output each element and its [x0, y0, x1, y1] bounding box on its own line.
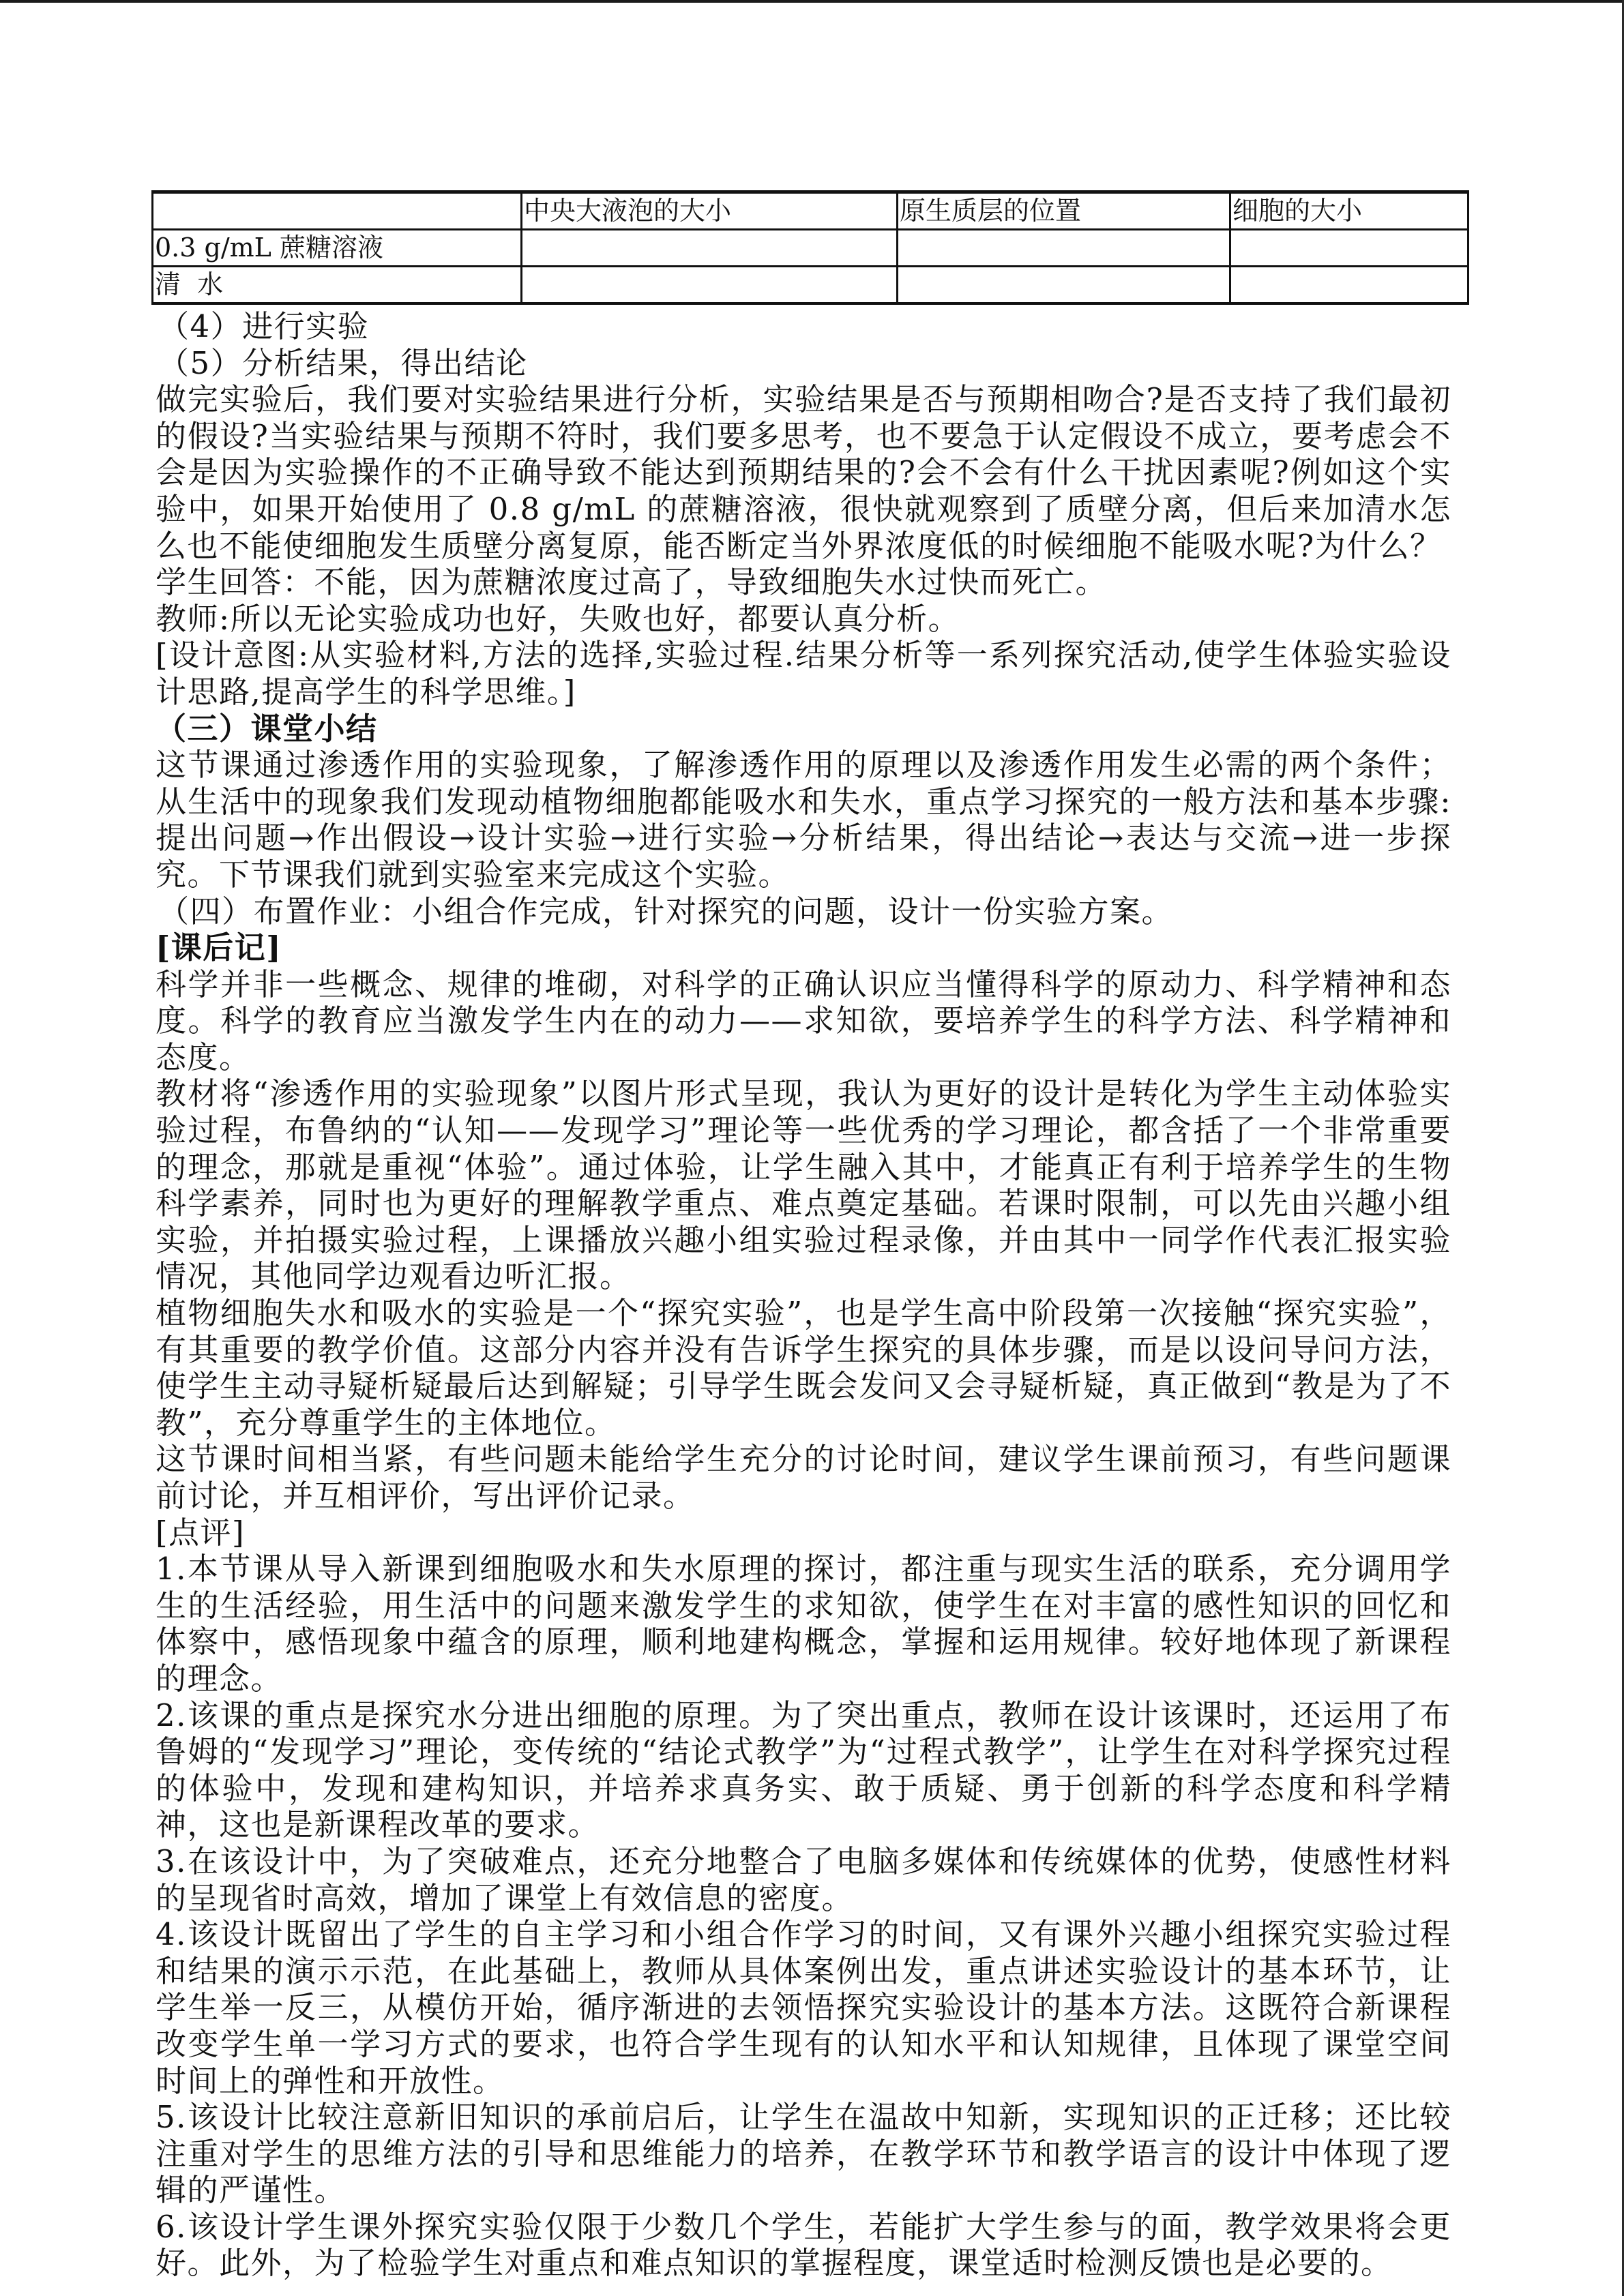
- summary-paragraph: 这节课通过渗透作用的实验现象，了解渗透作用的原理以及渗透作用发生必需的两个条件；…: [156, 747, 1451, 893]
- table-header-cell: 细胞的大小: [1230, 192, 1468, 230]
- table-cell: [898, 230, 1230, 267]
- student-answer: 学生回答：不能，因为蔗糖浓度过高了，导致细胞失水过快而死亡。: [156, 564, 1451, 601]
- document-body: （4）进行实验 （5）分析结果，得出结论 做完实验后，我们要对实验结果进行分析，…: [156, 308, 1451, 2282]
- review-item: 4.该设计既留出了学生的自主学习和小组合作学习的时间，又有课外兴趣小组探究实验过…: [156, 1916, 1451, 2099]
- reflection-paragraph: 科学并非一些概念、规律的堆砌，对科学的正确认识应当懂得科学的原动力、科学精神和态…: [156, 966, 1451, 1076]
- review-item: 3.在该设计中，为了突破难点，还充分地整合了电脑多媒体和传统媒体的优势，使感性材…: [156, 1843, 1451, 1916]
- section-heading-review: [点评]: [156, 1515, 1451, 1551]
- section-heading-summary: （三）课堂小结: [156, 711, 1451, 747]
- table-cell: [898, 267, 1230, 304]
- step-heading: （5）分析结果，得出结论: [156, 345, 1451, 382]
- review-item: 6.该设计学生课外探究实验仅限于少数几个学生，若能扩大学生参与的面，教学效果将会…: [156, 2209, 1451, 2282]
- teacher-remark: 教师:所以无论实验成功也好，失败也好，都要认真分析。: [156, 601, 1451, 638]
- homework-text: （四）布置作业：小组合作完成，针对探究的问题，设计一份实验方案。: [156, 893, 1451, 930]
- table-row-label: 清 水: [153, 267, 522, 304]
- table-row: 0.3 g/mL 蔗糖溶液: [153, 230, 1468, 267]
- review-item: 1.本节课从导入新课到细胞吸水和失水原理的探讨，都注重与现实生活的联系，充分调用…: [156, 1551, 1451, 1697]
- analysis-paragraph: 做完实验后，我们要对实验结果进行分析，实验结果是否与预期相吻合?是否支持了我们最…: [156, 381, 1451, 564]
- review-item: 5.该设计比较注意新旧知识的承前启后，让学生在温故中知新，实现知识的正迁移；还比…: [156, 2099, 1451, 2209]
- design-intent: [设计意图:从实验材料,方法的选择,实验过程.结果分析等一系列探究活动,使学生体…: [156, 637, 1451, 710]
- step-heading: （4）进行实验: [156, 308, 1451, 345]
- table-cell: [522, 230, 898, 267]
- table-header-cell: 中央大液泡的大小: [522, 192, 898, 230]
- review-item: 2.该课的重点是探究水分进出细胞的原理。为了突出重点，教师在设计该课时，还运用了…: [156, 1697, 1451, 1843]
- page-top-border: [0, 0, 1624, 3]
- table-header-cell: [153, 192, 522, 230]
- reflection-paragraph: 教材将“渗透作用的实验现象”以图片形式呈现，我认为更好的设计是转化为学生主动体验…: [156, 1075, 1451, 1295]
- reflection-paragraph: 这节课时间相当紧，有些问题未能给学生充分的讨论时间，建议学生课前预习，有些问题课…: [156, 1441, 1451, 1514]
- table-cell: [522, 267, 898, 304]
- reflection-paragraph: 植物细胞失水和吸水的实验是一个“探究实验”，也是学生高中阶段第一次接触“探究实验…: [156, 1295, 1451, 1441]
- document-page: 中央大液泡的大小 原生质层的位置 细胞的大小 0.3 g/mL 蔗糖溶液 清 水…: [156, 190, 1472, 2282]
- table-row: 清 水: [153, 267, 1468, 304]
- section-heading-reflection: [课后记]: [156, 929, 1451, 966]
- table-row-label: 0.3 g/mL 蔗糖溶液: [153, 230, 522, 267]
- table-cell: [1230, 267, 1468, 304]
- observation-table: 中央大液泡的大小 原生质层的位置 细胞的大小 0.3 g/mL 蔗糖溶液 清 水: [151, 190, 1469, 305]
- table-cell: [1230, 230, 1468, 267]
- table-header-row: 中央大液泡的大小 原生质层的位置 细胞的大小: [153, 192, 1468, 230]
- table-header-cell: 原生质层的位置: [898, 192, 1230, 230]
